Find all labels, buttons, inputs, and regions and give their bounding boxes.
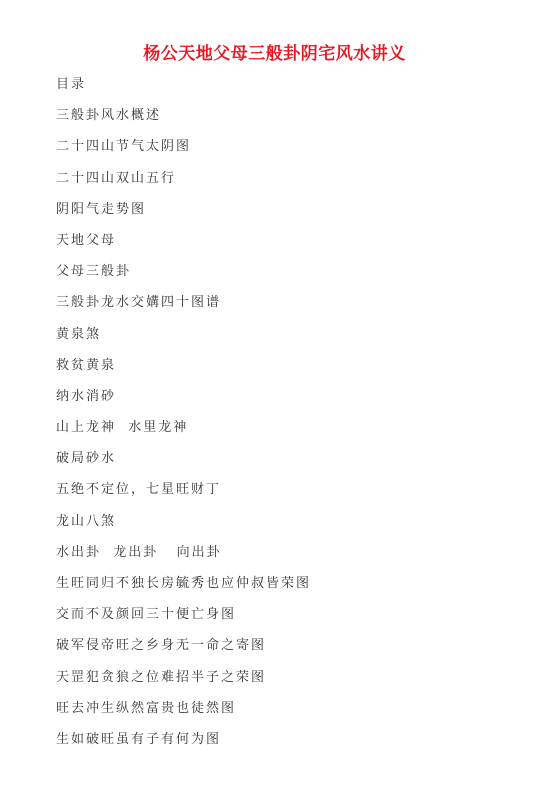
- document-page: 杨公天地父母三般卦阴宅风水讲义 目录 三般卦风水概述 二十四山节气太阴图 二十四…: [0, 0, 549, 790]
- toc-item[interactable]: 阴阳气走势图: [56, 200, 311, 231]
- toc-item[interactable]: 黄泉煞: [56, 325, 311, 356]
- table-of-contents: 目录 三般卦风水概述 二十四山节气太阴图 二十四山双山五行 阴阳气走势图 天地父…: [56, 75, 311, 761]
- toc-item[interactable]: 父母三般卦: [56, 262, 311, 293]
- toc-item[interactable]: 救贫黄泉: [56, 356, 311, 387]
- toc-item[interactable]: 二十四山双山五行: [56, 169, 311, 200]
- toc-item[interactable]: 山上龙神 水里龙神: [56, 418, 311, 449]
- toc-item[interactable]: 天罡犯贪狼之位难招半子之荣图: [56, 668, 311, 699]
- toc-item[interactable]: 五绝不定位，七星旺财丁: [56, 480, 311, 511]
- toc-item[interactable]: 旺去冲生纵然富贵也徒然图: [56, 699, 311, 730]
- toc-item[interactable]: 生旺同归不独长房毓秀也应仲叔皆荣图: [56, 574, 311, 605]
- toc-item[interactable]: 破局砂水: [56, 449, 311, 480]
- toc-heading: 目录: [56, 75, 311, 106]
- toc-item[interactable]: 三般卦龙水交媾四十图谱: [56, 293, 311, 324]
- toc-item[interactable]: 生如破旺虽有子有何为图: [56, 730, 311, 761]
- toc-item[interactable]: 纳水消砂: [56, 387, 311, 418]
- toc-item[interactable]: 交而不及颜回三十便亡身图: [56, 605, 311, 636]
- toc-item[interactable]: 二十四山节气太阴图: [56, 137, 311, 168]
- toc-item[interactable]: 破军侵帝旺之乡身无一命之寄图: [56, 636, 311, 667]
- toc-item[interactable]: 三般卦风水概述: [56, 106, 311, 137]
- document-title: 杨公天地父母三般卦阴宅风水讲义: [0, 42, 549, 66]
- toc-item[interactable]: 天地父母: [56, 231, 311, 262]
- toc-item[interactable]: 水出卦 龙出卦 向出卦: [56, 543, 311, 574]
- toc-item[interactable]: 龙山八煞: [56, 512, 311, 543]
